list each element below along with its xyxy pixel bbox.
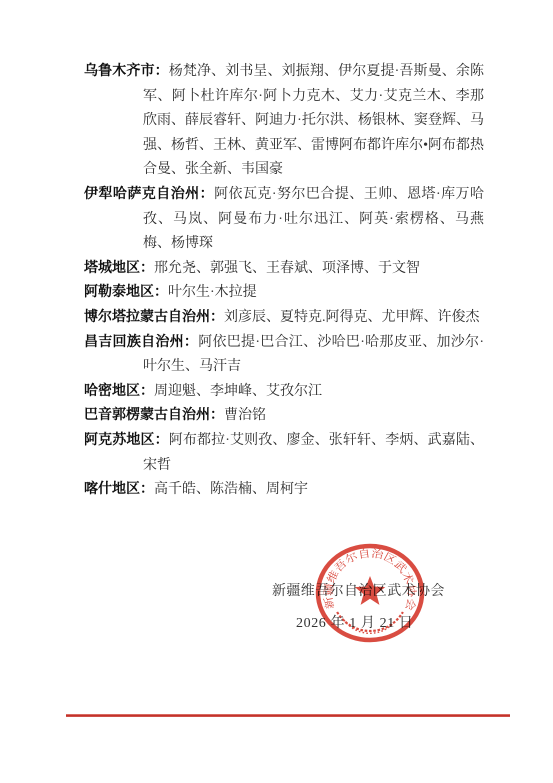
- region-names: 高千皓、陈浩楠、周柯宇: [154, 482, 308, 497]
- official-seal: 新疆维吾尔自治区武术协会: [308, 538, 432, 652]
- region-names: 曹治铭: [224, 408, 266, 423]
- region-name-list: 乌鲁木齐市：杨梵净、刘书呈、刘振翔、伊尔夏提·吾斯曼、余陈军、阿卜杜许库尔·阿卜…: [84, 60, 484, 503]
- region-entry: 昌吉回族自治州：阿依巴提·巴合江、沙哈巴·哈那皮亚、加沙尔·叶尔生、马汗吉: [84, 331, 484, 380]
- seal-star-icon: [355, 576, 385, 605]
- region-entry: 伊犁哈萨克自治州：阿依瓦克·努尔巴合提、王帅、恩塔·库万哈孜、马岚、阿曼布力·吐…: [84, 183, 484, 257]
- region-label: 阿克苏地区：: [84, 433, 169, 448]
- document-page: 乌鲁木齐市：杨梵净、刘书呈、刘振翔、伊尔夏提·吾斯曼、余陈军、阿卜杜许库尔·阿卜…: [0, 0, 553, 783]
- region-label: 昌吉回族自治州：: [84, 335, 198, 350]
- region-entry: 巴音郭楞蒙古自治州：曹治铭: [84, 404, 484, 429]
- region-names: 周迎魁、李坤峰、艾孜尔江: [154, 384, 322, 399]
- region-entry: 塔城地区：邢允尧、郭强飞、王春斌、项泽博、于文智: [84, 257, 484, 282]
- region-entry: 哈密地区：周迎魁、李坤峰、艾孜尔江: [84, 380, 484, 405]
- region-label: 塔城地区：: [84, 261, 154, 276]
- region-label: 阿勒泰地区：: [84, 285, 168, 300]
- region-names: 阿布都拉·艾则孜、廖金、张轩轩、李炳、武嘉陆、宋哲: [143, 433, 484, 473]
- region-label: 巴音郭楞蒙古自治州：: [84, 408, 224, 423]
- footer-red-rule: [66, 714, 510, 717]
- region-entry: 喀什地区：高千皓、陈浩楠、周柯宇: [84, 478, 484, 503]
- region-label: 伊犁哈萨克自治州：: [84, 187, 214, 202]
- region-label: 博尔塔拉蒙古自治州：: [84, 310, 224, 325]
- region-entry: 乌鲁木齐市：杨梵净、刘书呈、刘振翔、伊尔夏提·吾斯曼、余陈军、阿卜杜许库尔·阿卜…: [84, 60, 484, 183]
- region-names: 叶尔生·木拉提: [168, 285, 257, 300]
- region-names: 杨梵净、刘书呈、刘振翔、伊尔夏提·吾斯曼、余陈军、阿卜杜许库尔·阿卜力克木、艾力…: [143, 64, 484, 177]
- region-names: 邢允尧、郭强飞、王春斌、项泽博、于文智: [154, 261, 420, 276]
- region-label: 乌鲁木齐市：: [84, 64, 169, 79]
- region-label: 哈密地区：: [84, 384, 154, 399]
- region-entry: 阿克苏地区：阿布都拉·艾则孜、廖金、张轩轩、李炳、武嘉陆、宋哲: [84, 429, 484, 478]
- region-entry: 博尔塔拉蒙古自治州：刘彦辰、夏特克.阿得克、尤甲辉、许俊杰: [84, 306, 484, 331]
- region-label: 喀什地区：: [84, 482, 154, 497]
- region-entry: 阿勒泰地区：叶尔生·木拉提: [84, 281, 484, 306]
- region-names: 刘彦辰、夏特克.阿得克、尤甲辉、许俊杰: [224, 310, 480, 325]
- seal-uyghur-script-arc: [337, 612, 403, 631]
